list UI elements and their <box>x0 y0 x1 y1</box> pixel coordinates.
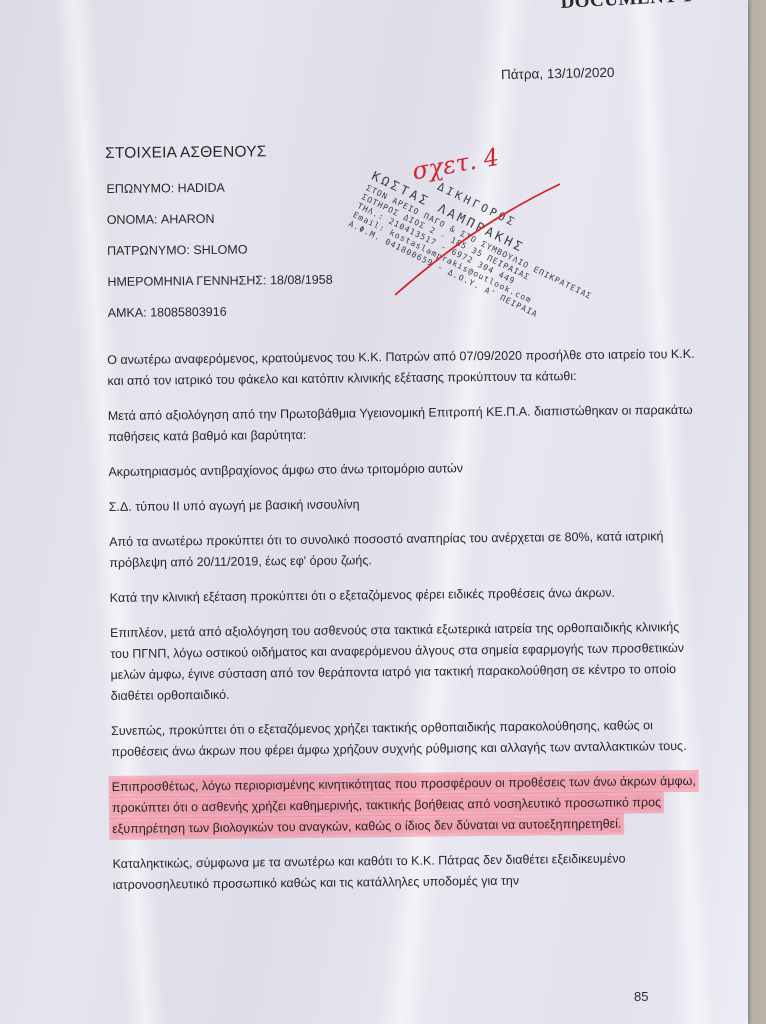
paragraph-intro: Ο ανωτέρω αναφερόμενος, κρατούμενος του … <box>107 344 697 392</box>
paragraph-disability-rate: Από τα ανωτέρω προκύπτει ότι το συνολικό… <box>109 526 699 574</box>
field-value: SHLOMO <box>193 243 247 258</box>
field-first-name: ΟΝΟΜΑ: AHARON <box>107 207 696 227</box>
field-label: ΟΝΟΜΑ: <box>107 212 158 227</box>
paragraph-diagnosis-2: Σ.Δ. τύπου ΙΙ υπό αγωγή με βασική ινσουλ… <box>109 491 699 518</box>
field-fathers-name: ΠΑΤΡΩΝΥΜΟ: SHLOMO <box>107 238 696 258</box>
field-birth-date: ΗΜΕΡΟΜΗΝΙΑ ΓΕΝΝΗΣΗΣ: 18/08/1958 <box>107 269 696 289</box>
paragraph-consequently: Συνεπώς, προκύπτει ότι ο εξεταζόμενος χρ… <box>111 715 701 763</box>
paragraph-prostheses: Κατά την κλινική εξέταση προκύπτει ότι ο… <box>110 582 700 609</box>
field-label: ΑΜΚΑ: <box>108 306 147 320</box>
field-label: ΗΜΕΡΟΜΗΝΙΑ ΓΕΝΝΗΣΗΣ: <box>107 273 266 289</box>
field-label: ΕΠΩΝΥΜΟ: <box>106 181 174 196</box>
paragraph-conclusion: Καταληκτικώς, σύμφωνα με τα ανωτέρω και … <box>112 848 702 896</box>
page-number: 85 <box>634 989 648 1004</box>
field-value: HADIDA <box>178 181 225 195</box>
field-value: 18/08/1958 <box>270 273 333 288</box>
document-page: DOCUMENT 1 Πάτρα, 13/10/2020 ΚΩΣΤΑΣ ΛΑΜΠ… <box>0 0 748 1024</box>
paragraph-highlighted: Επιπροσθέτως, λόγω περιορισμένης κινητικ… <box>112 771 703 840</box>
place-date: Πάτρα, 13/10/2020 <box>501 65 615 82</box>
document-body: ΣΤΟΙΧΕΙΑ ΑΣΘΕΝΟΥΣ ΕΠΩΝΥΜΟ: HADIDA ΟΝΟΜΑ:… <box>105 139 703 910</box>
field-amka: ΑΜΚΑ: 18085803916 <box>108 300 697 320</box>
paragraph-diagnosis-1: Ακρωτηριασμός αντιβραχίονος άμφω στο άνω… <box>108 456 698 483</box>
paragraph-orthopedic: Επιπλέον, μετά από αξιολόγηση του ασθενο… <box>110 617 701 707</box>
field-label: ΠΑΤΡΩΝΥΜΟ: <box>107 243 190 258</box>
field-surname: ΕΠΩΝΥΜΟ: HADIDA <box>106 176 695 196</box>
patient-section-title: ΣΤΟΙΧΕΙΑ ΑΣΘΕΝΟΥΣ <box>105 139 695 163</box>
field-value: 18085803916 <box>150 305 227 320</box>
field-value: AHARON <box>161 212 215 227</box>
paragraph-committee: Μετά από αξιολόγηση από την Πρωτοβάθμια … <box>108 400 698 448</box>
highlighted-text: Επιπροσθέτως, λόγω περιορισμένης κινητικ… <box>112 773 696 837</box>
